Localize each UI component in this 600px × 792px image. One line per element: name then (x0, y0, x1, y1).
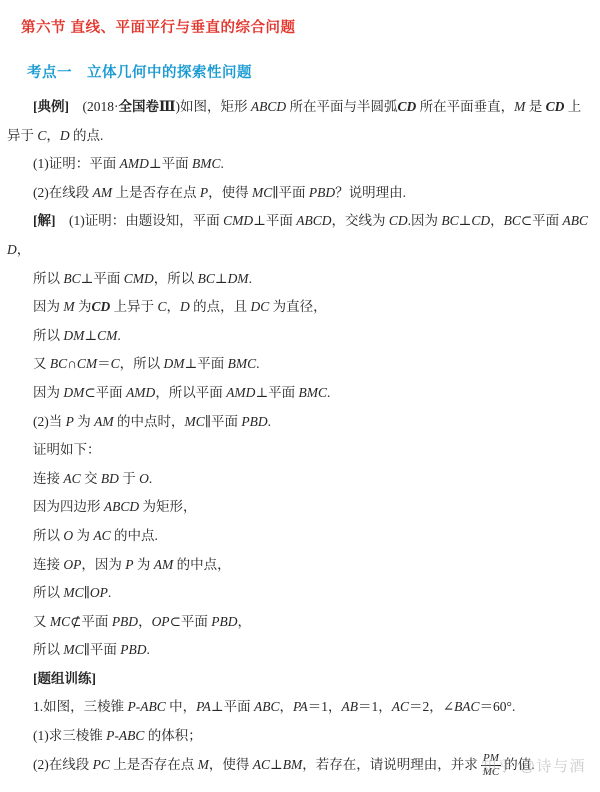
math-var: M (63, 299, 74, 314)
text-line: (1)求三棱锥 P-ABC 的体积； (7, 722, 594, 751)
math-var: MC (63, 585, 83, 600)
topic-title: 考点一 立体几何中的探索性问题 (27, 64, 600, 82)
math-var: PBD (120, 642, 146, 657)
math-var: AMD (120, 156, 149, 171)
text-line: [解] (1)证明：由题设知，平面 CMD⊥平面 ABCD，交线为 CD.因为 … (7, 207, 594, 264)
text-run: 所以 (33, 642, 63, 657)
text-run: 为 (74, 414, 94, 429)
text-line: 连接 AC 交 BD 于 O. (7, 465, 594, 494)
math-var: M (198, 757, 209, 772)
fraction: PMMC (481, 752, 502, 778)
math-var: PBD (241, 414, 267, 429)
math-var: OP (63, 557, 81, 572)
math-var: P (200, 185, 208, 200)
math-var: DC (251, 299, 270, 314)
text-line: 1.如图，三棱锥 P-ABC 中，PA⊥平面 ABC，PA＝1，AB＝1，AC＝… (7, 693, 594, 722)
math-var: PC (93, 757, 110, 772)
math-var: CM (97, 328, 117, 343)
bold-label: [题组训练] (33, 671, 96, 686)
text-run: ， (46, 128, 60, 143)
text-run: 1.如图，三棱锥 (33, 699, 128, 714)
text-run: ，所以 (120, 356, 164, 371)
math-var: ABCD (251, 99, 286, 114)
text-line: 所以 MC∥平面 PBD. (7, 636, 594, 665)
text-run: ？说明理由. (335, 185, 406, 200)
text-run: ， (138, 614, 152, 629)
text-run: ＝ (97, 356, 111, 371)
text-run: ⊥平面 (255, 385, 298, 400)
text-run: ⊥ (84, 328, 97, 343)
text-run: (2)在线段 (33, 757, 93, 772)
document-page: 第六节 直线、平面平行与垂直的综合问题 考点一 立体几何中的探索性问题 [典例]… (0, 0, 600, 792)
math-var: D (60, 128, 70, 143)
text-run: 所以 (33, 328, 63, 343)
text-run: ＝1， (358, 699, 392, 714)
text-line: 所以 O 为 AC 的中点. (7, 522, 594, 551)
math-var: P (128, 699, 136, 714)
text-line: 因为 M 为CD 上异于 C，D 的点，且 DC 为直径， (7, 293, 594, 322)
text-line: 所以 MC∥OP. (7, 579, 594, 608)
math-var: PBD (112, 614, 138, 629)
text-run: . (327, 385, 330, 400)
math-var: PBD (309, 185, 335, 200)
text-run: ，使得 (208, 185, 252, 200)
text-run: ∥平面 (272, 185, 309, 200)
text-run: ， (490, 213, 504, 228)
math-var: D (180, 299, 190, 314)
text-line: [题组训练] (7, 665, 594, 694)
text-run: ⊥平面 (149, 156, 192, 171)
math-var: PA (293, 699, 308, 714)
math-var: ABCD (296, 213, 331, 228)
bold-label: [解] (33, 213, 69, 228)
text-line: 所以 BC⊥平面 CMD，所以 BC⊥DM. (7, 265, 594, 294)
text-run: 为矩形， (139, 499, 196, 514)
math-var: BD (101, 471, 119, 486)
text-run: ∩ (67, 356, 77, 371)
text-run: 又 (33, 614, 50, 629)
text-line: (2)在线段 AM 上是否存在点 P，使得 MC∥平面 PBD？说明理由. (7, 179, 594, 208)
text-run: (1)证明：平面 (33, 156, 120, 171)
text-run: 于 (119, 471, 139, 486)
math-var: AB (341, 699, 358, 714)
text-run: . (149, 471, 152, 486)
math-var: AMD (126, 385, 155, 400)
text-run: ＝60°. (480, 699, 516, 714)
math-var: BC (63, 271, 80, 286)
text-run: 上是否存在点 (112, 185, 200, 200)
text-run: ⊂平面 (521, 213, 563, 228)
text-run: 因为 (33, 385, 63, 400)
text-run: ⊥ (215, 271, 228, 286)
math-var: AM (154, 557, 174, 572)
math-var: AMD (226, 385, 255, 400)
text-run: )如图，矩形 (175, 99, 250, 114)
section-title: 第六节 直线、平面平行与垂直的综合问题 (21, 19, 600, 37)
math-var: DM (63, 328, 84, 343)
text-run: ⊥平面 (253, 213, 296, 228)
text-run: 的值. (504, 757, 534, 772)
text-run: 是 (525, 99, 545, 114)
math-var: AC (63, 471, 80, 486)
text-line: 连接 OP，因为 P 为 AM 的中点， (7, 551, 594, 580)
text-run: 的中点时， (114, 414, 185, 429)
content: [典例] (2018·全国卷Ⅲ)如图，矩形 ABCD 所在平面与半圆弧CD 所在… (0, 82, 600, 779)
bold-label: 全国卷Ⅲ (119, 99, 176, 114)
text-run: . (108, 585, 111, 600)
text-line: 又 MC⊄平面 PBD，OP⊂平面 PBD， (7, 608, 594, 637)
math-var: P (66, 414, 74, 429)
text-run: (2)当 (33, 414, 66, 429)
text-run: (2018· (83, 99, 119, 114)
text-line: 因为 DM⊂平面 AMD，所以平面 AMD⊥平面 BMC. (7, 379, 594, 408)
math-var: MC (252, 185, 272, 200)
text-run: ＝1， (308, 699, 342, 714)
math-var: ABC (140, 699, 166, 714)
math-var: O (139, 471, 149, 486)
math-var: BAC (454, 699, 480, 714)
math-var: DM (63, 385, 84, 400)
math-var: CM (77, 356, 97, 371)
text-run: ⊥平面 (81, 271, 124, 286)
math-var: CMD (124, 271, 154, 286)
math-var: CD (471, 213, 490, 228)
text-run: . (117, 328, 120, 343)
math-var: AM (93, 185, 113, 200)
text-run: 所以 (33, 271, 63, 286)
math-var: BM (283, 757, 303, 772)
text-run: 为 (73, 528, 93, 543)
text-run: 上是否存在点 (110, 757, 198, 772)
text-run: 的中点， (173, 557, 230, 572)
text-run: ，因为 (81, 557, 125, 572)
text-run: 又 (33, 356, 50, 371)
text-run: 为 (134, 557, 154, 572)
math-var: ABC (119, 728, 145, 743)
math-var: P (125, 557, 133, 572)
text-run: (1)求三棱锥 (33, 728, 106, 743)
math-var: DM (228, 271, 249, 286)
text-run: 连接 (33, 557, 63, 572)
text-run: 所在平面垂直， (416, 99, 514, 114)
math-var: O (63, 528, 73, 543)
text-run: ⊥ (459, 213, 472, 228)
text-line: 又 BC∩CM＝C，所以 DM⊥平面 BMC. (7, 350, 594, 379)
math-var: MC (50, 614, 70, 629)
text-run: ∥平面 (84, 642, 121, 657)
math-var: MC (63, 642, 83, 657)
text-run: ， (279, 699, 293, 714)
math-var: BC (50, 356, 67, 371)
math-var: AC (253, 757, 270, 772)
text-run: 中， (166, 699, 196, 714)
math-var: BC (441, 213, 458, 228)
math-var: BMC (299, 385, 328, 400)
math-var: BC (198, 271, 215, 286)
math-var: BMC (228, 356, 257, 371)
text-line: 证明如下： (7, 436, 594, 465)
text-run: ⊄平面 (70, 614, 112, 629)
text-run: 为 (75, 299, 92, 314)
math-var: AC (392, 699, 409, 714)
text-run: 所以 (33, 585, 63, 600)
math-var: OP (90, 585, 108, 600)
math-var: MC (185, 414, 205, 429)
text-run: 的中点. (111, 528, 158, 543)
text-run: ，所以 (154, 271, 198, 286)
text-run: . (220, 156, 223, 171)
text-run: 为直径， (269, 299, 326, 314)
text-run: 证明如下： (33, 442, 101, 457)
text-run: ⊥ (270, 757, 283, 772)
text-run: ， (167, 299, 181, 314)
text-line: (2)在线段 PC 上是否存在点 M，使得 AC⊥BM，若存在，请说明理由，并求… (7, 751, 594, 780)
text-run: ⊂平面 (84, 385, 126, 400)
text-run: (1)证明：由题设知，平面 (69, 213, 223, 228)
math-var: AM (94, 414, 114, 429)
math-var: PBD (211, 614, 237, 629)
text-run: ∥平面 (205, 414, 242, 429)
math-var: BC (504, 213, 521, 228)
text-run: . (268, 414, 271, 429)
text-run: ，使得 (209, 757, 253, 772)
math-var: OP (152, 614, 170, 629)
text-run: 所在平面与半圆弧 (286, 99, 397, 114)
text-run: . (249, 271, 252, 286)
text-run: .因为 (408, 213, 442, 228)
text-run: 的点. (70, 128, 104, 143)
arc-label: CD (546, 99, 565, 114)
math-var: PA (196, 699, 211, 714)
text-run: ⊂平面 (170, 614, 212, 629)
math-var: C (158, 299, 167, 314)
math-var: CD (389, 213, 408, 228)
text-line: 因为四边形 ABCD 为矩形， (7, 493, 594, 522)
text-line: [典例] (2018·全国卷Ⅲ)如图，矩形 ABCD 所在平面与半圆弧CD 所在… (7, 93, 594, 150)
arc-label: CD (397, 99, 416, 114)
text-run: 的点，且 (190, 299, 251, 314)
text-run: ，交线为 (331, 213, 388, 228)
text-run: 上异于 (110, 299, 157, 314)
text-run: ⊥平面 (185, 356, 228, 371)
text-run: 交 (81, 471, 101, 486)
math-var: M (514, 99, 525, 114)
text-run: ， (17, 242, 31, 257)
math-var: DM (164, 356, 185, 371)
text-run: 因为四边形 (33, 499, 104, 514)
text-run: 的体积； (144, 728, 201, 743)
text-run: 因为 (33, 299, 63, 314)
math-var: BMC (192, 156, 221, 171)
text-line: 所以 DM⊥CM. (7, 322, 594, 351)
text-run: . (147, 642, 150, 657)
text-line: (1)证明：平面 AMD⊥平面 BMC. (7, 150, 594, 179)
text-run: ⊥平面 (211, 699, 254, 714)
math-var: CMD (223, 213, 253, 228)
text-run: 所以 (33, 528, 63, 543)
text-run: ＝2，∠ (409, 699, 454, 714)
text-run: ， (238, 614, 252, 629)
math-var: AC (93, 528, 110, 543)
text-run: ，所以平面 (155, 385, 226, 400)
text-run: (2)在线段 (33, 185, 93, 200)
text-run: ，若存在，请说明理由，并求 (302, 757, 478, 772)
math-var: C (111, 356, 120, 371)
text-run: 连接 (33, 471, 63, 486)
math-var: ABCD (104, 499, 139, 514)
text-line: (2)当 P 为 AM 的中点时，MC∥平面 PBD. (7, 408, 594, 437)
math-var: ABC (254, 699, 280, 714)
bold-label: [典例] (33, 99, 83, 114)
arc-label: CD (92, 299, 111, 314)
text-run: . (256, 356, 259, 371)
